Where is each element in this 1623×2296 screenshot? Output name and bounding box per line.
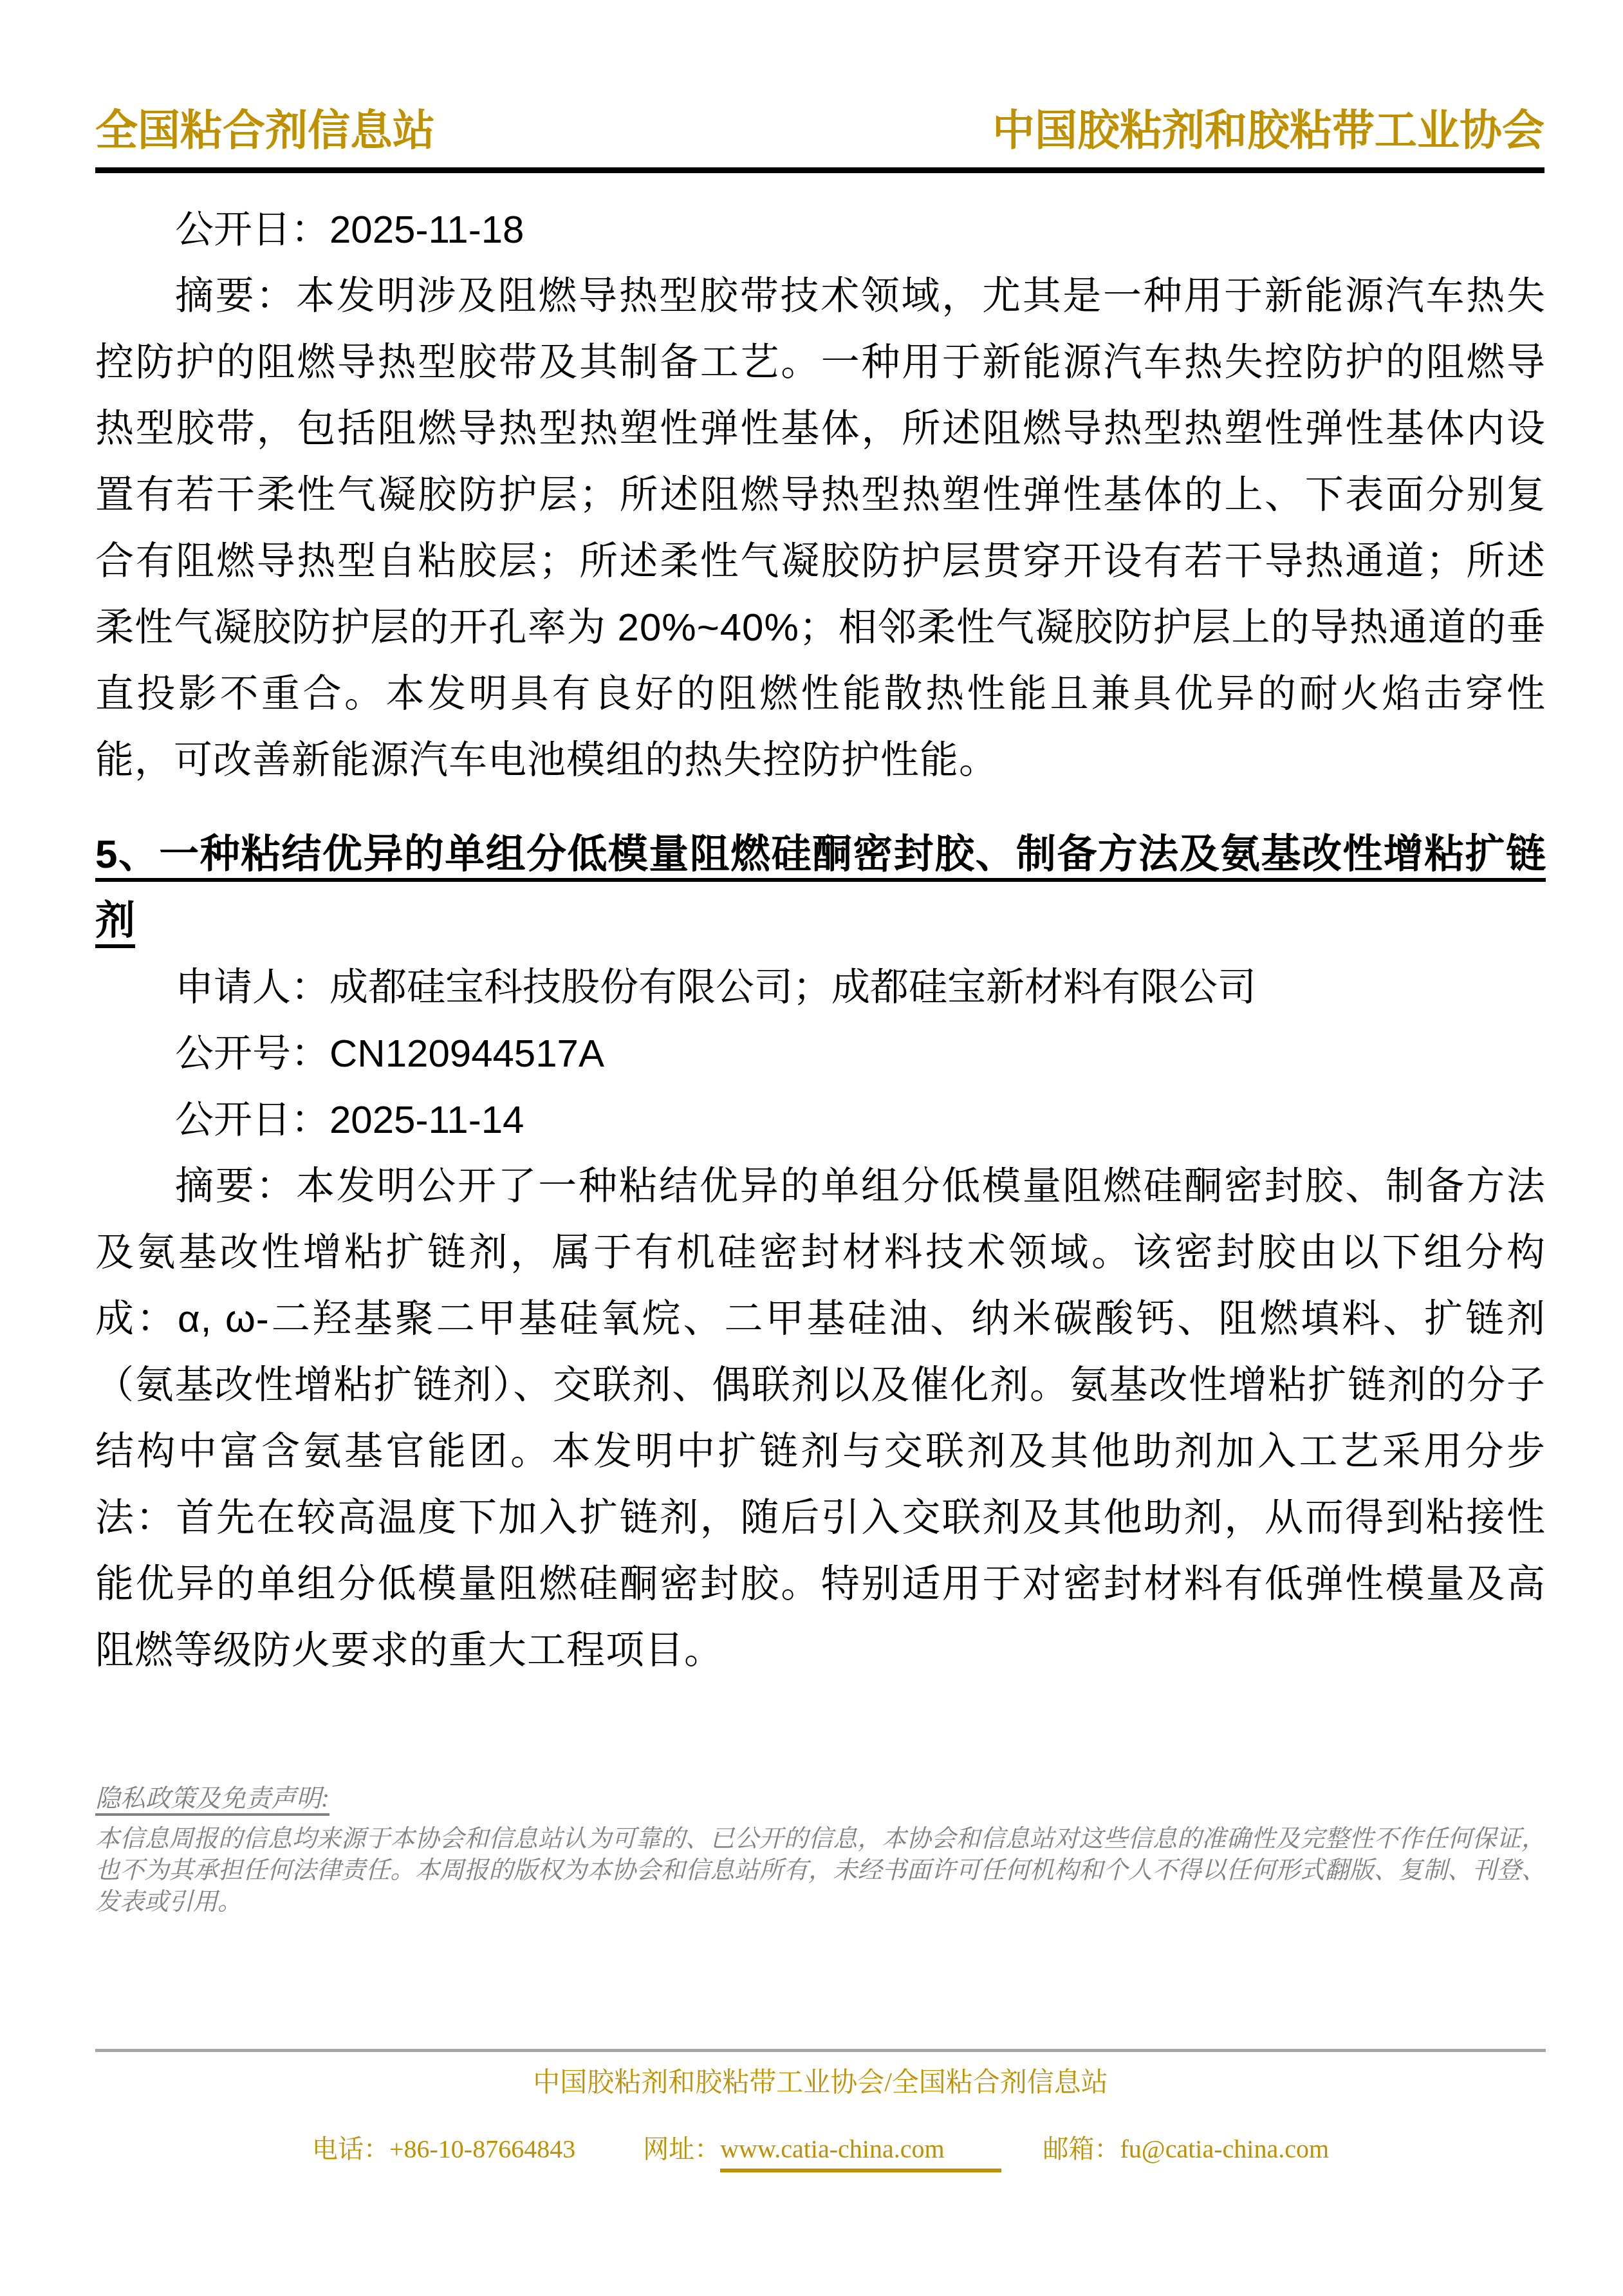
publication-number-line: 公开号：CN120944517A	[95, 1020, 1546, 1087]
website-group: 网址：www.catia-china.com	[643, 2134, 1001, 2164]
footer-contact-line: 电话：+86-10-87664843 网址：www.catia-china.co…	[95, 2134, 1546, 2164]
publication-date-line: 公开日：2025-11-18	[95, 196, 1546, 263]
disclaimer-title: 隐私政策及免责声明:	[95, 1781, 329, 1817]
phone-value: +86-10-87664843	[389, 2134, 575, 2163]
document-page: 全国粘合剂信息站 中国胶粘剂和胶粘带工业协会 公开日：2025-11-18 摘要…	[0, 0, 1623, 2296]
email-value: fu@catia-china.com	[1120, 2134, 1329, 2163]
disclaimer-body: 本信息周报的信息均来源于本协会和信息站认为可靠的、已公开的信息，本协会和信息站对…	[95, 1824, 1546, 1918]
disclaimer-section: 隐私政策及免责声明: 本信息周报的信息均来源于本协会和信息站认为可靠的、已公开的…	[95, 1781, 1546, 1918]
header-right-title: 中国胶粘剂和胶粘带工业协会	[992, 108, 1544, 154]
website-link[interactable]: www.catia-china.com	[720, 2134, 1001, 2172]
document-body: 公开日：2025-11-18 摘要：本发明涉及阻燃导热型胶带技术领域，尤其是一种…	[95, 196, 1546, 1918]
applicant-line: 申请人：成都硅宝科技股份有限公司；成都硅宝新材料有限公司	[95, 954, 1546, 1020]
page-footer: 中国胶粘剂和胶粘带工业协会/全国粘合剂信息站 电话：+86-10-8766484…	[95, 2049, 1546, 2164]
website-label: 网址：	[643, 2134, 720, 2163]
email-label: 邮箱：	[1043, 2134, 1120, 2163]
page-header: 全国粘合剂信息站 中国胶粘剂和胶粘带工业协会	[95, 0, 1544, 173]
abstract-paragraph: 摘要：本发明公开了一种粘结优异的单组分低模量阻燃硅酮密封胶、制备方法及氨基改性增…	[95, 1153, 1546, 1683]
publication-date-line: 公开日：2025-11-14	[95, 1087, 1546, 1153]
patent-heading: 5、一种粘结优异的单组分低模量阻燃硅酮密封胶、制备方法及氨基改性增粘扩链剂	[95, 821, 1546, 954]
email-group: 邮箱：fu@catia-china.com	[1043, 2134, 1329, 2164]
phone-label: 电话：	[312, 2134, 389, 2163]
footer-org-line: 中国胶粘剂和胶粘带工业协会/全国粘合剂信息站	[95, 2067, 1546, 2098]
phone-group: 电话：+86-10-87664843	[312, 2134, 575, 2164]
abstract-paragraph: 摘要：本发明涉及阻燃导热型胶带技术领域，尤其是一种用于新能源汽车热失控防护的阻燃…	[95, 263, 1546, 793]
header-left-title: 全国粘合剂信息站	[95, 108, 435, 154]
